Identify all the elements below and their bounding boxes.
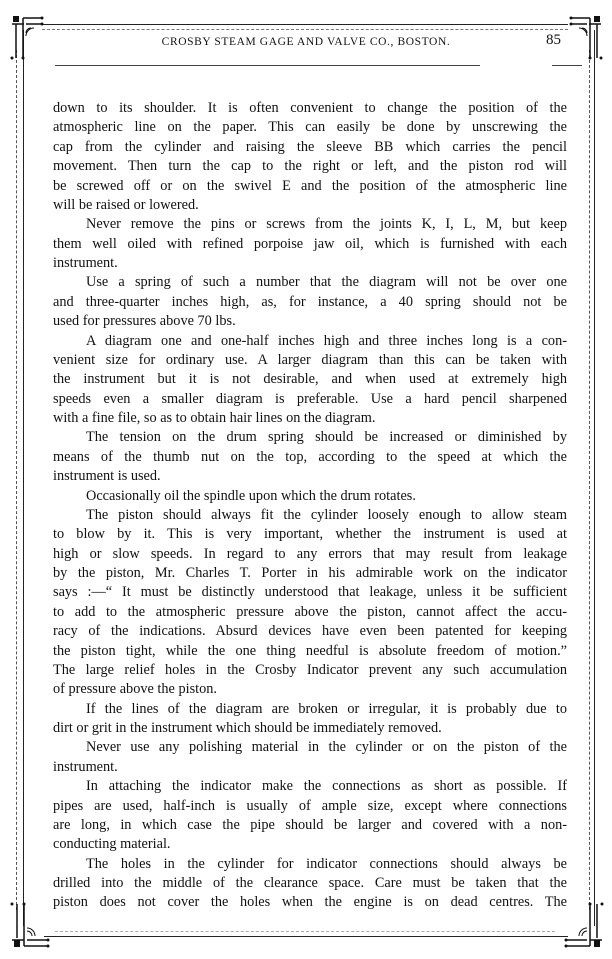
text-line: A diagram one and one-half inches high a… — [53, 332, 567, 351]
text-line: high or slow speeds. In regard to any er… — [53, 545, 567, 564]
text-line: speeds even a smaller diagram is prefera… — [53, 390, 567, 409]
text-line: racy of the indications. Absurd devices … — [53, 622, 567, 641]
text-line: will be raised or lowered. — [53, 196, 567, 215]
text-line: Never remove the pins or screws from the… — [53, 215, 567, 234]
right-frame-dotted-rule — [589, 50, 590, 910]
text-line: are long, in which case the pipe should … — [53, 816, 567, 835]
page-number: 85 — [546, 32, 561, 49]
text-line: to blow by it. This is very important, w… — [53, 525, 567, 544]
top-frame-rule — [42, 24, 568, 25]
text-line: conducting material. — [53, 835, 567, 854]
text-line: with a fine file, so as to obtain hair l… — [53, 409, 567, 428]
top-frame-rule-inner — [42, 29, 568, 30]
text-line: In attaching the indicator make the conn… — [53, 777, 567, 796]
text-line: instrument. — [53, 758, 567, 777]
text-line: The tension on the drum spring should be… — [53, 428, 567, 447]
body-text: down to its shoulder. It is often conven… — [53, 99, 567, 913]
right-frame-rule — [594, 30, 595, 926]
text-line: pipes are used, half-inch is usually of … — [53, 797, 567, 816]
text-line: of pressure above the piston. — [53, 680, 567, 699]
text-line: Never use any polishing material in the … — [53, 738, 567, 757]
bottom-frame-rule — [44, 936, 568, 937]
text-line: says :—“ It must be distinctly understoo… — [53, 583, 567, 602]
text-line: The holes in the cylinder for indicator … — [53, 855, 567, 874]
left-frame-rule — [23, 30, 24, 926]
text-line: Occasionally oil the spindle upon which … — [53, 487, 567, 506]
text-line: the instrument but it is not desirable, … — [53, 370, 567, 389]
text-line: drilled into the middle of the clearance… — [53, 874, 567, 893]
text-line: dirt or grit in the instrument which sho… — [53, 719, 567, 738]
text-line: to add to the atmospheric pressure above… — [53, 603, 567, 622]
text-line: movement. Then turn the cap to the right… — [53, 157, 567, 176]
text-line: venient size for ordinary use. A larger … — [53, 351, 567, 370]
text-line: be screwed off or on the swivel E and th… — [53, 177, 567, 196]
bottom-right-bracket-icon — [562, 900, 606, 952]
text-line: instrument is used. — [53, 467, 567, 486]
header-underline-rule-right — [552, 65, 582, 66]
running-header: Crosby Steam Gage and Valve Co., Boston. — [0, 36, 612, 48]
text-line: used for pressures above 70 lbs. — [53, 312, 567, 331]
bottom-frame-rule-inner — [55, 931, 555, 932]
text-line: piston does not cover the holes when the… — [53, 893, 567, 912]
bottom-left-bracket-icon — [8, 900, 52, 952]
text-line: atmospheric line on the paper. This can … — [53, 118, 567, 137]
text-line: means of the thumb nut on the top, accor… — [53, 448, 567, 467]
text-line: If the lines of the diagram are broken o… — [53, 700, 567, 719]
text-line: by the piston, Mr. Charles T. Porter in … — [53, 564, 567, 583]
text-line: down to its shoulder. It is often conven… — [53, 99, 567, 118]
header-underline-rule — [55, 65, 480, 66]
left-frame-dotted-rule — [16, 50, 17, 910]
text-line: Use a spring of such a number that the d… — [53, 273, 567, 292]
text-line: them well oiled with refined porpoise ja… — [53, 235, 567, 254]
text-line: The large relief holes in the Crosby Ind… — [53, 661, 567, 680]
text-line: and three-quarter inches high, as, for i… — [53, 293, 567, 312]
text-line: cap from the cylinder and raising the sl… — [53, 138, 567, 157]
text-line: The piston should always fit the cylinde… — [53, 506, 567, 525]
text-line: instrument. — [53, 254, 567, 273]
text-line: the piston tight, while the one thing ne… — [53, 642, 567, 661]
